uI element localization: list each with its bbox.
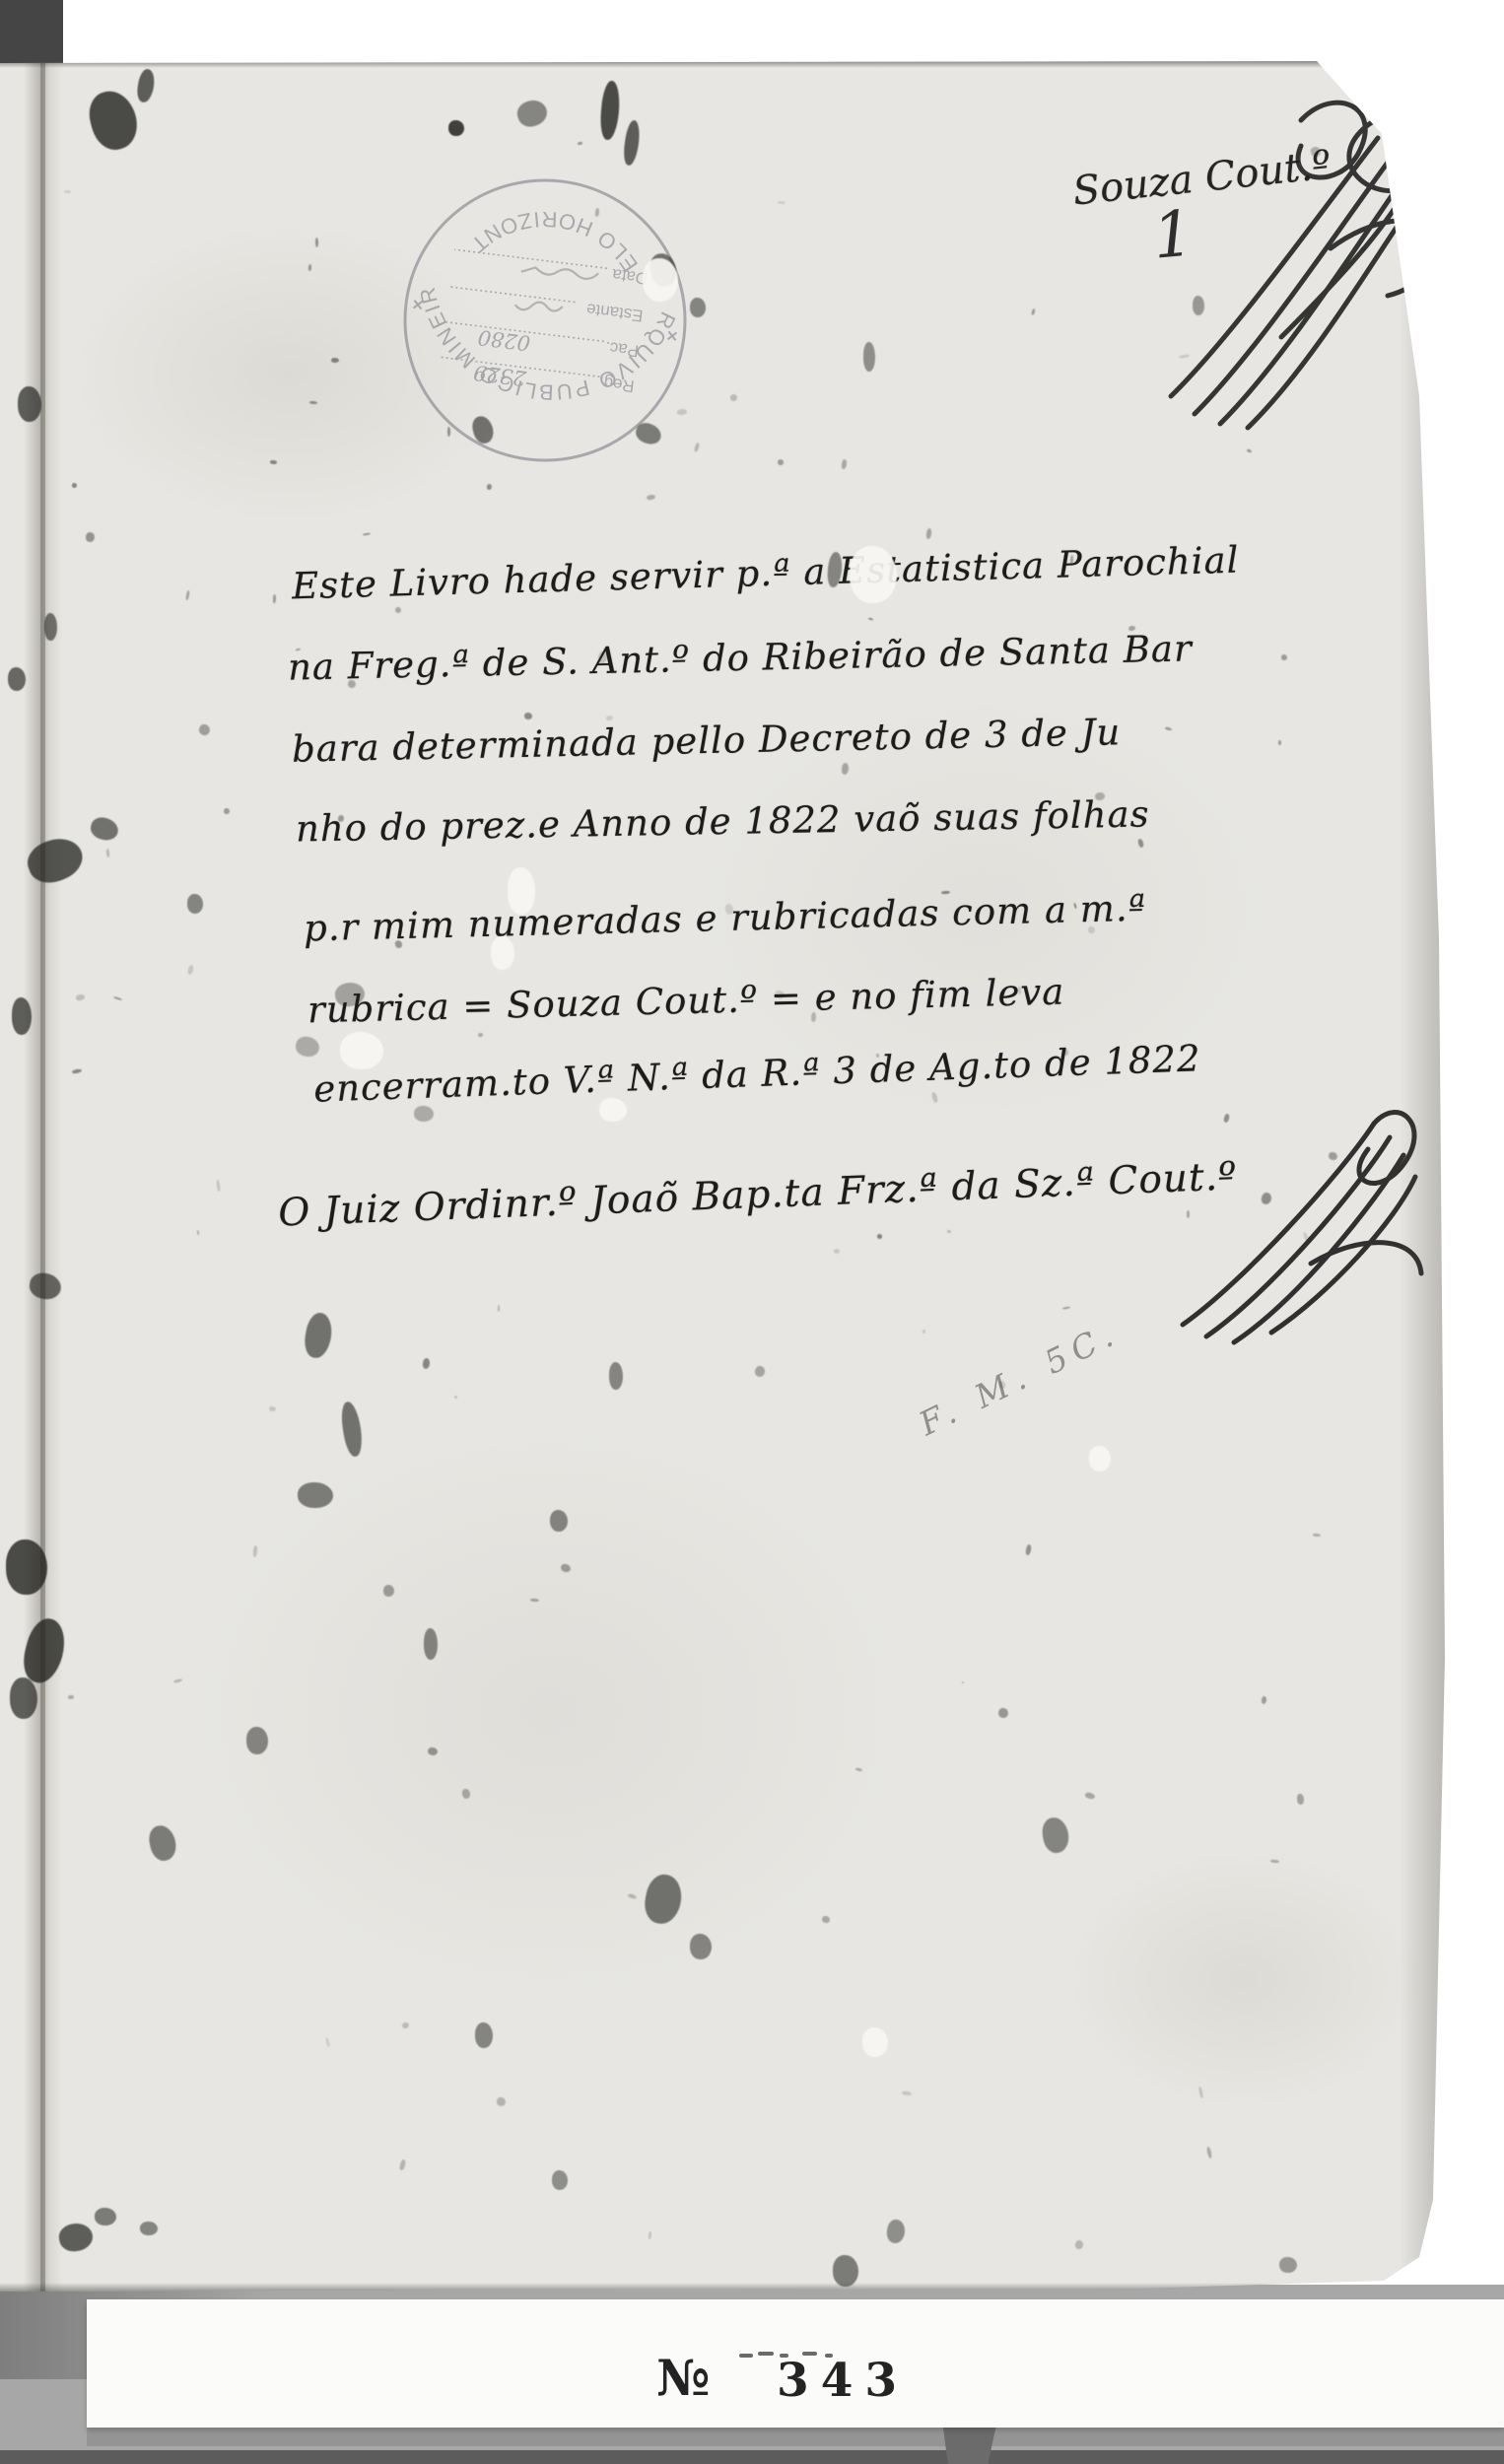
ink-stain [1270, 1860, 1279, 1863]
ink-stain [246, 1727, 268, 1754]
ink-stain [1088, 925, 1095, 932]
ink-stain [8, 667, 26, 691]
ink-stain [597, 651, 608, 664]
ink-stain [999, 1381, 1006, 1390]
ink-stain [470, 414, 497, 445]
ink-stain [399, 2158, 406, 2170]
ink-stain [1296, 1793, 1303, 1805]
ink-stain [113, 996, 122, 1001]
ink-stain [1179, 354, 1190, 359]
ink-stain [1281, 654, 1288, 660]
ink-stain [1031, 308, 1036, 315]
ink-stain [1094, 791, 1105, 800]
ink-stain [550, 1510, 568, 1532]
ink-stain [1360, 246, 1366, 250]
ink-stain [729, 393, 738, 402]
ink-stain [811, 1012, 816, 1023]
catalog-number: 343 [777, 2354, 909, 2408]
ink-stain [89, 815, 121, 843]
ink-stain [333, 981, 367, 1009]
paper-damage-patch [643, 258, 678, 302]
ink-stain [922, 1330, 925, 1335]
ink-stain [486, 484, 492, 490]
ink-stain [693, 442, 700, 452]
ink-stain [187, 894, 203, 914]
ink-stain [339, 1401, 365, 1458]
backdrop-bottom-strip [0, 2450, 1504, 2464]
ink-stain [270, 459, 278, 463]
ink-stain [1025, 1543, 1032, 1555]
ink-stain [186, 590, 190, 600]
binding-clamp [0, 0, 63, 71]
ink-stain [6, 1540, 47, 1595]
ink-stain [598, 80, 621, 140]
ink-stain [834, 1249, 840, 1254]
ink-stain [173, 1678, 182, 1683]
ink-stain [1128, 626, 1135, 632]
ink-stain [253, 1545, 259, 1557]
ink-stain [448, 120, 464, 136]
ink-stain [1074, 2239, 1084, 2250]
ink-stain [1260, 1192, 1272, 1205]
ink-stain [496, 2096, 507, 2107]
ink-stain [1279, 2257, 1297, 2273]
ink-stain [135, 68, 157, 103]
ink-stain [530, 1599, 539, 1603]
ink-stain [946, 1230, 951, 1233]
ink-stain [308, 263, 311, 270]
ink-stain [648, 251, 679, 289]
ink-stain [690, 298, 706, 317]
ink-stain [272, 594, 275, 603]
ink-stain [641, 1872, 686, 1927]
ink-stain [28, 1270, 63, 1301]
numero-sign: № [656, 2349, 710, 2407]
ink-stain [868, 617, 873, 620]
ink-stain [778, 458, 786, 465]
ink-stain [298, 1482, 333, 1508]
ink-stain [902, 2090, 913, 2096]
ink-stain [85, 531, 95, 542]
ink-stain [84, 86, 143, 155]
ink-stain [648, 2231, 650, 2239]
ink-stain [1278, 740, 1282, 745]
ink-stain [302, 1311, 335, 1360]
ink-stain [461, 1789, 470, 1800]
ink-stain [106, 849, 110, 857]
label-dash-mark [739, 2354, 753, 2358]
ink-stain [1223, 1113, 1230, 1123]
ink-stain [10, 1677, 37, 1719]
ink-stain [724, 903, 734, 915]
paper-damage-patch [599, 1098, 627, 1122]
ink-stain [1018, 987, 1021, 994]
ink-stain [401, 2021, 410, 2029]
ink-stain [774, 990, 785, 999]
label-dash-mark [780, 2354, 788, 2358]
ink-stain [690, 1934, 712, 1959]
ink-stain [1247, 449, 1253, 454]
ink-stain [826, 551, 844, 587]
ink-stain [513, 97, 550, 131]
ink-stain [422, 1357, 431, 1369]
ink-stain [778, 200, 786, 203]
paper-damage-patch [1089, 1446, 1111, 1472]
ink-stain [475, 2022, 493, 2048]
ink-stain [18, 1614, 71, 1687]
label-dash-mark [802, 2352, 817, 2356]
ink-stain [753, 1365, 766, 1379]
ink-stain [197, 723, 211, 737]
ink-stain [1303, 1232, 1309, 1242]
ink-stain [454, 1396, 457, 1399]
catalog-label-card: № 343 [87, 2299, 1504, 2428]
ink-stain [1165, 726, 1173, 730]
paper-damage-patch [850, 546, 897, 603]
ink-stain [57, 2221, 95, 2253]
ink-stain [64, 190, 71, 193]
ink-stain [876, 1054, 880, 1058]
ink-stain [524, 713, 532, 719]
ink-stain [931, 1092, 939, 1104]
ink-stain [1310, 145, 1322, 158]
ink-stain [1328, 1151, 1337, 1161]
ink-stain [23, 832, 89, 890]
label-card-shadow [87, 2425, 1504, 2446]
ink-stain [633, 420, 663, 447]
ink-stain [325, 2037, 330, 2047]
ink-stain [216, 1179, 220, 1191]
ink-stain [18, 386, 41, 422]
ink-stain [1198, 2087, 1203, 2098]
ink-stain [447, 427, 450, 437]
paper-damage-patch [340, 1032, 383, 1069]
ink-stain [841, 459, 847, 470]
scanned-manuscript-photo: № 343 ARQUIVO PUBLICO MINEIRO BELO HORIZ… [0, 0, 1504, 2464]
ink-stain [821, 1915, 830, 1924]
ink-stain-layer [0, 61, 1447, 2292]
ink-stain [609, 1362, 623, 1390]
label-dash-mark [758, 2352, 774, 2356]
ink-stain [337, 814, 345, 823]
ink-stain [382, 1584, 394, 1597]
ink-stain [964, 1059, 972, 1063]
ink-stain [622, 119, 642, 167]
ink-stain [962, 1681, 965, 1684]
ink-stain [498, 1304, 501, 1311]
ink-stain [855, 1767, 863, 1771]
ink-stain [1137, 839, 1144, 849]
ink-stain [1085, 1792, 1096, 1800]
ink-stain [72, 1069, 82, 1075]
label-dash-mark [825, 2354, 833, 2358]
ink-stain [997, 1707, 1009, 1719]
ink-stain [1063, 1049, 1069, 1057]
ink-stain [877, 1234, 883, 1239]
ink-stain [75, 993, 86, 1001]
paper-damage-patch [508, 867, 535, 915]
ink-stain [1193, 296, 1204, 315]
ink-stain [1313, 1534, 1321, 1537]
ink-stain [44, 613, 57, 641]
ink-stain [294, 1035, 320, 1059]
ink-stain [578, 142, 582, 146]
ink-stain [68, 1694, 74, 1698]
ink-stain [627, 1893, 636, 1899]
ink-stain [72, 483, 77, 488]
ink-stain [1261, 1695, 1266, 1704]
ink-stain [647, 494, 656, 501]
ink-stain [885, 2219, 906, 2244]
ink-stain [677, 408, 688, 415]
ink-stain [424, 1628, 438, 1660]
ink-stain [12, 997, 32, 1035]
ink-stain [1205, 2147, 1211, 2158]
ink-stain [841, 763, 849, 776]
ink-stain [1041, 1815, 1071, 1854]
ink-stain [315, 238, 318, 247]
ink-stain [224, 808, 230, 814]
ink-stain [187, 965, 194, 976]
ink-stain [1062, 1307, 1070, 1311]
ink-stain [394, 939, 404, 949]
ink-stain [395, 607, 403, 614]
ink-stain [552, 2170, 568, 2190]
ink-stain [1074, 902, 1078, 909]
ink-stain [594, 208, 599, 217]
ink-stain [363, 532, 371, 535]
ink-stain [296, 648, 302, 651]
ink-stain [414, 1106, 434, 1122]
ink-stain [1187, 1210, 1190, 1218]
ink-stain [196, 1229, 199, 1235]
ink-stain [347, 679, 356, 688]
ink-stain [605, 715, 613, 721]
ink-stain [1069, 555, 1073, 566]
ink-stain [428, 1746, 439, 1755]
paper-damage-patch [491, 936, 514, 970]
paper-damage-patch [862, 2027, 888, 2057]
ink-stain [833, 2255, 858, 2287]
ink-stain [478, 1033, 484, 1038]
ink-stain [140, 2222, 158, 2235]
ink-stain [560, 1563, 572, 1573]
ink-stain [331, 358, 339, 363]
ink-stain [941, 891, 950, 895]
ink-stain [309, 400, 317, 403]
ink-stain [925, 528, 932, 540]
ink-stain [269, 1405, 277, 1411]
page-sheet: ARQUIVO PUBLICO MINEIRO BELO HORIZONTE R… [0, 61, 1447, 2292]
ink-stain [95, 2208, 116, 2225]
ink-stain [147, 1823, 179, 1864]
ink-stain [863, 342, 875, 372]
